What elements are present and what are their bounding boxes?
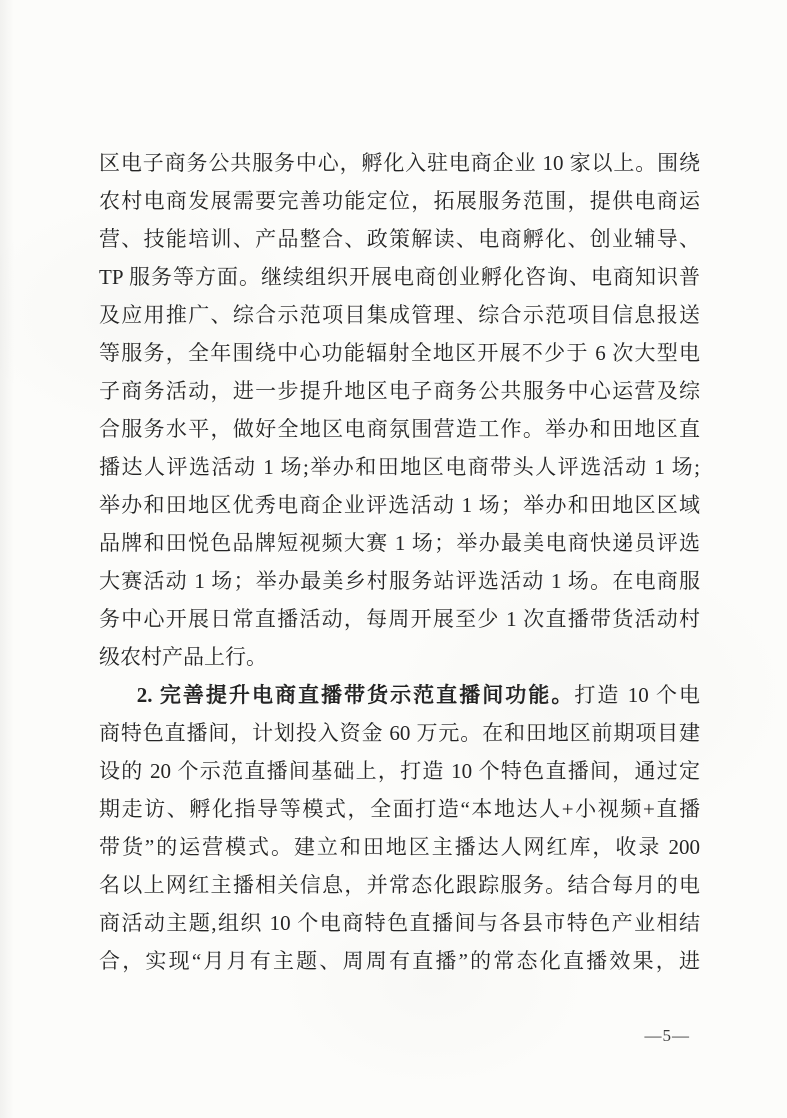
line-text: TP 服务等方面。继续组织开展电商创业孵化咨询、电商知识普	[99, 265, 700, 289]
text-line: TP 服务等方面。继续组织开展电商创业孵化咨询、电商知识普	[99, 258, 700, 296]
text-line: 子商务活动，进一步提升地区电子商务公共服务中心运营及综	[99, 372, 700, 410]
line-text: 区电子商务公共服务中心，孵化入驻电商企业 10 家以上。围绕	[99, 151, 700, 175]
line-text: 商特色直播间，计划投入资金 60 万元。在和田地区前期项目建	[99, 721, 700, 745]
line-text: 及应用推广、综合示范项目集成管理、综合示范项目信息报送	[99, 303, 700, 327]
line-text: 品牌和田悦色品牌短视频大赛 1 场；举办最美电商快递员评选	[99, 531, 700, 555]
text-line: 等服务，全年围绕中心功能辐射全地区开展不少于 6 次大型电	[99, 334, 700, 372]
line-text: 子商务活动，进一步提升地区电子商务公共服务中心运营及综	[99, 379, 700, 403]
text-line: 及应用推广、综合示范项目集成管理、综合示范项目信息报送	[99, 296, 700, 334]
text-line: 合服务水平，做好全地区电商氛围营造工作。举办和田地区直	[99, 410, 700, 448]
line-text: 打造 10 个电	[574, 683, 700, 707]
line-text: 务中心开展日常直播活动，每周开展至少 1 次直播带货活动村	[99, 607, 700, 631]
text-line: 营、技能培训、产品整合、政策解读、电商孵化、创业辅导、	[99, 220, 700, 258]
text-line: 播达人评选活动 1 场;举办和田地区电商带头人评选活动 1 场;	[99, 448, 700, 486]
line-text: 名以上网红主播相关信息，并常态化跟踪服务。结合每月的电	[99, 873, 700, 897]
text-line: 级农村产品上行。	[99, 638, 700, 676]
text-line: 务中心开展日常直播活动，每周开展至少 1 次直播带货活动村	[99, 600, 700, 638]
text-line: 期走访、孵化指导等模式，全面打造“本地达人+小视频+直播	[99, 790, 700, 828]
line-text: 设的 20 个示范直播间基础上，打造 10 个特色直播间，通过定	[99, 759, 700, 783]
text-line: 合，实现“月月有主题、周周有直播”的常态化直播效果，进	[99, 942, 700, 980]
text-line: 设的 20 个示范直播间基础上，打造 10 个特色直播间，通过定	[99, 752, 700, 790]
text-line: 品牌和田悦色品牌短视频大赛 1 场；举办最美电商快递员评选	[99, 524, 700, 562]
line-text: 营、技能培训、产品整合、政策解读、电商孵化、创业辅导、	[99, 227, 700, 251]
text-line: 大赛活动 1 场；举办最美乡村服务站评选活动 1 场。在电商服	[99, 562, 700, 600]
page-number: —5—	[645, 1026, 691, 1046]
line-text: 合，实现“月月有主题、周周有直播”的常态化直播效果，进	[99, 949, 700, 973]
line-text: 农村电商发展需要完善功能定位，拓展服务范围，提供电商运	[99, 189, 700, 213]
line-text: 大赛活动 1 场；举办最美乡村服务站评选活动 1 场。在电商服	[99, 569, 700, 593]
document-page: 区电子商务公共服务中心，孵化入驻电商企业 10 家以上。围绕农村电商发展需要完善…	[0, 0, 787, 1118]
section-heading: 2. 完善提升电商直播带货示范直播间功能。	[137, 683, 575, 707]
line-text: 级农村产品上行。	[99, 645, 267, 669]
line-text: 期走访、孵化指导等模式，全面打造“本地达人+小视频+直播	[99, 797, 700, 821]
text-line: 商活动主题,组织 10 个电商特色直播间与各县市特色产业相结	[99, 904, 700, 942]
line-text: 等服务，全年围绕中心功能辐射全地区开展不少于 6 次大型电	[99, 341, 700, 365]
line-text: 举办和田地区优秀电商企业评选活动 1 场；举办和田地区区域	[99, 493, 700, 517]
text-line: 农村电商发展需要完善功能定位，拓展服务范围，提供电商运	[99, 182, 700, 220]
text-line: 名以上网红主播相关信息，并常态化跟踪服务。结合每月的电	[99, 866, 700, 904]
line-text: 带货”的运营模式。建立和田地区主播达人网红库，收录 200	[99, 835, 700, 859]
text-lines: 区电子商务公共服务中心，孵化入驻电商企业 10 家以上。围绕农村电商发展需要完善…	[99, 144, 700, 980]
line-text: 合服务水平，做好全地区电商氛围营造工作。举办和田地区直	[99, 417, 700, 441]
text-line: 区电子商务公共服务中心，孵化入驻电商企业 10 家以上。围绕	[99, 144, 700, 182]
line-text: 播达人评选活动 1 场;举办和田地区电商带头人评选活动 1 场;	[99, 455, 700, 479]
text-line: 商特色直播间，计划投入资金 60 万元。在和田地区前期项目建	[99, 714, 700, 752]
text-line: 带货”的运营模式。建立和田地区主播达人网红库，收录 200	[99, 828, 700, 866]
text-line: 2. 完善提升电商直播带货示范直播间功能。打造 10 个电	[99, 676, 700, 714]
text-line: 举办和田地区优秀电商企业评选活动 1 场；举办和田地区区域	[99, 486, 700, 524]
line-text: 商活动主题,组织 10 个电商特色直播间与各县市特色产业相结	[99, 911, 700, 935]
